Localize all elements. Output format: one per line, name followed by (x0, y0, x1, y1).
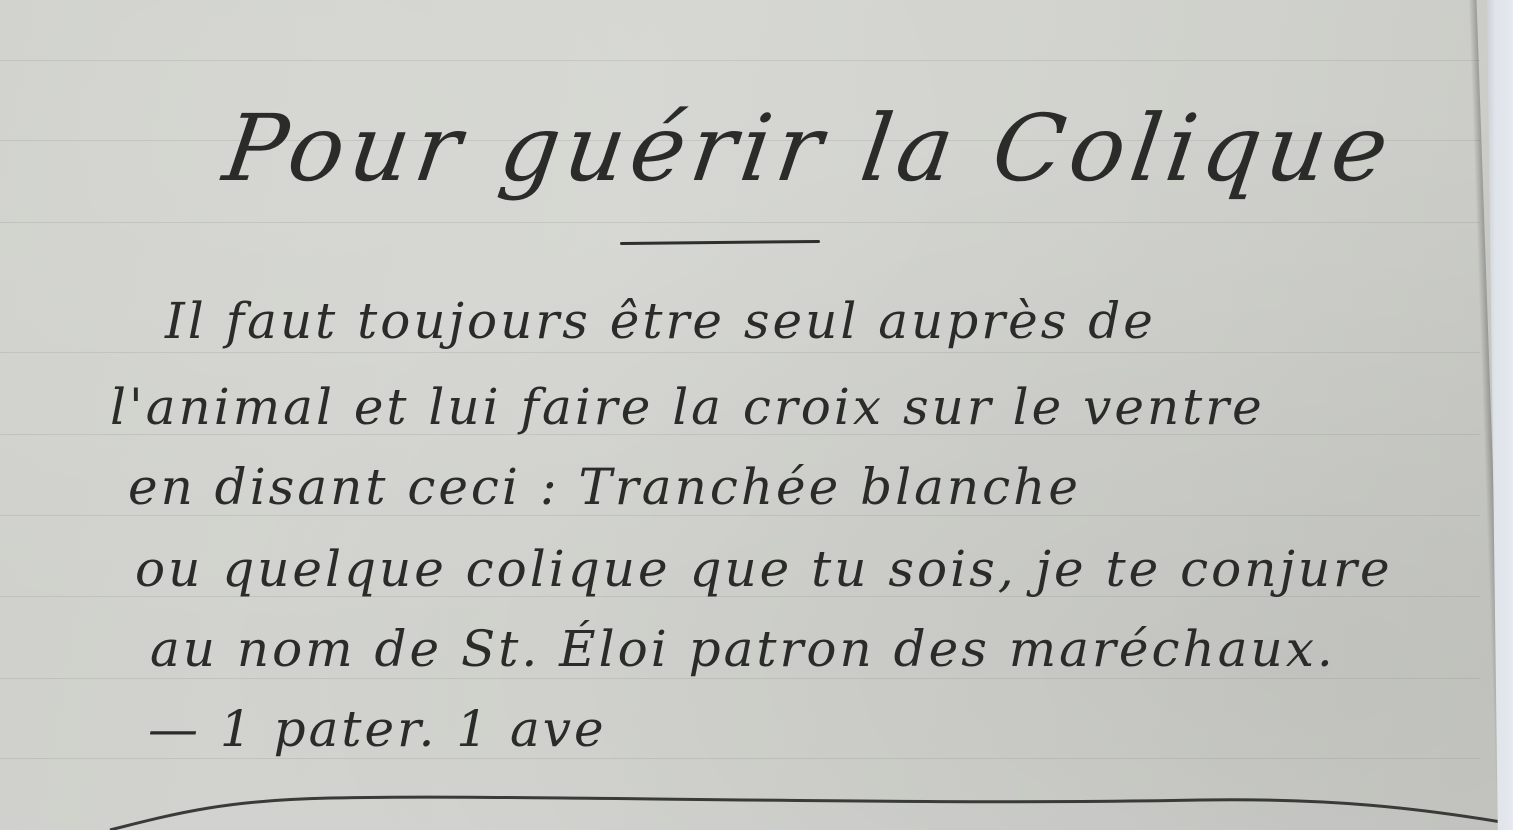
ruled-line (0, 222, 1480, 223)
document-title: Pour guérir la Colique (217, 95, 1400, 202)
text-line-4: ou quelque colique que tu sois, je te co… (135, 540, 1393, 598)
manuscript-photo: Pour guérir la Colique Il faut toujours … (0, 0, 1513, 830)
text-line-5: au nom de St. Éloi patron des maréchaux. (150, 620, 1336, 678)
text-line-3: en disant ceci : Tranchée blanche (128, 458, 1081, 516)
title-underline (620, 240, 820, 245)
text-line-2: l'animal et lui faire la croix sur le ve… (110, 378, 1265, 436)
closing-ink-stroke (0, 790, 1513, 830)
ruled-line (0, 60, 1480, 61)
text-line-1: Il faut toujours être seul auprès de (165, 292, 1156, 350)
ruled-line (0, 678, 1480, 679)
ruled-line (0, 758, 1480, 759)
ruled-line (0, 352, 1480, 353)
text-line-6: — 1 pater. 1 ave (148, 700, 607, 758)
